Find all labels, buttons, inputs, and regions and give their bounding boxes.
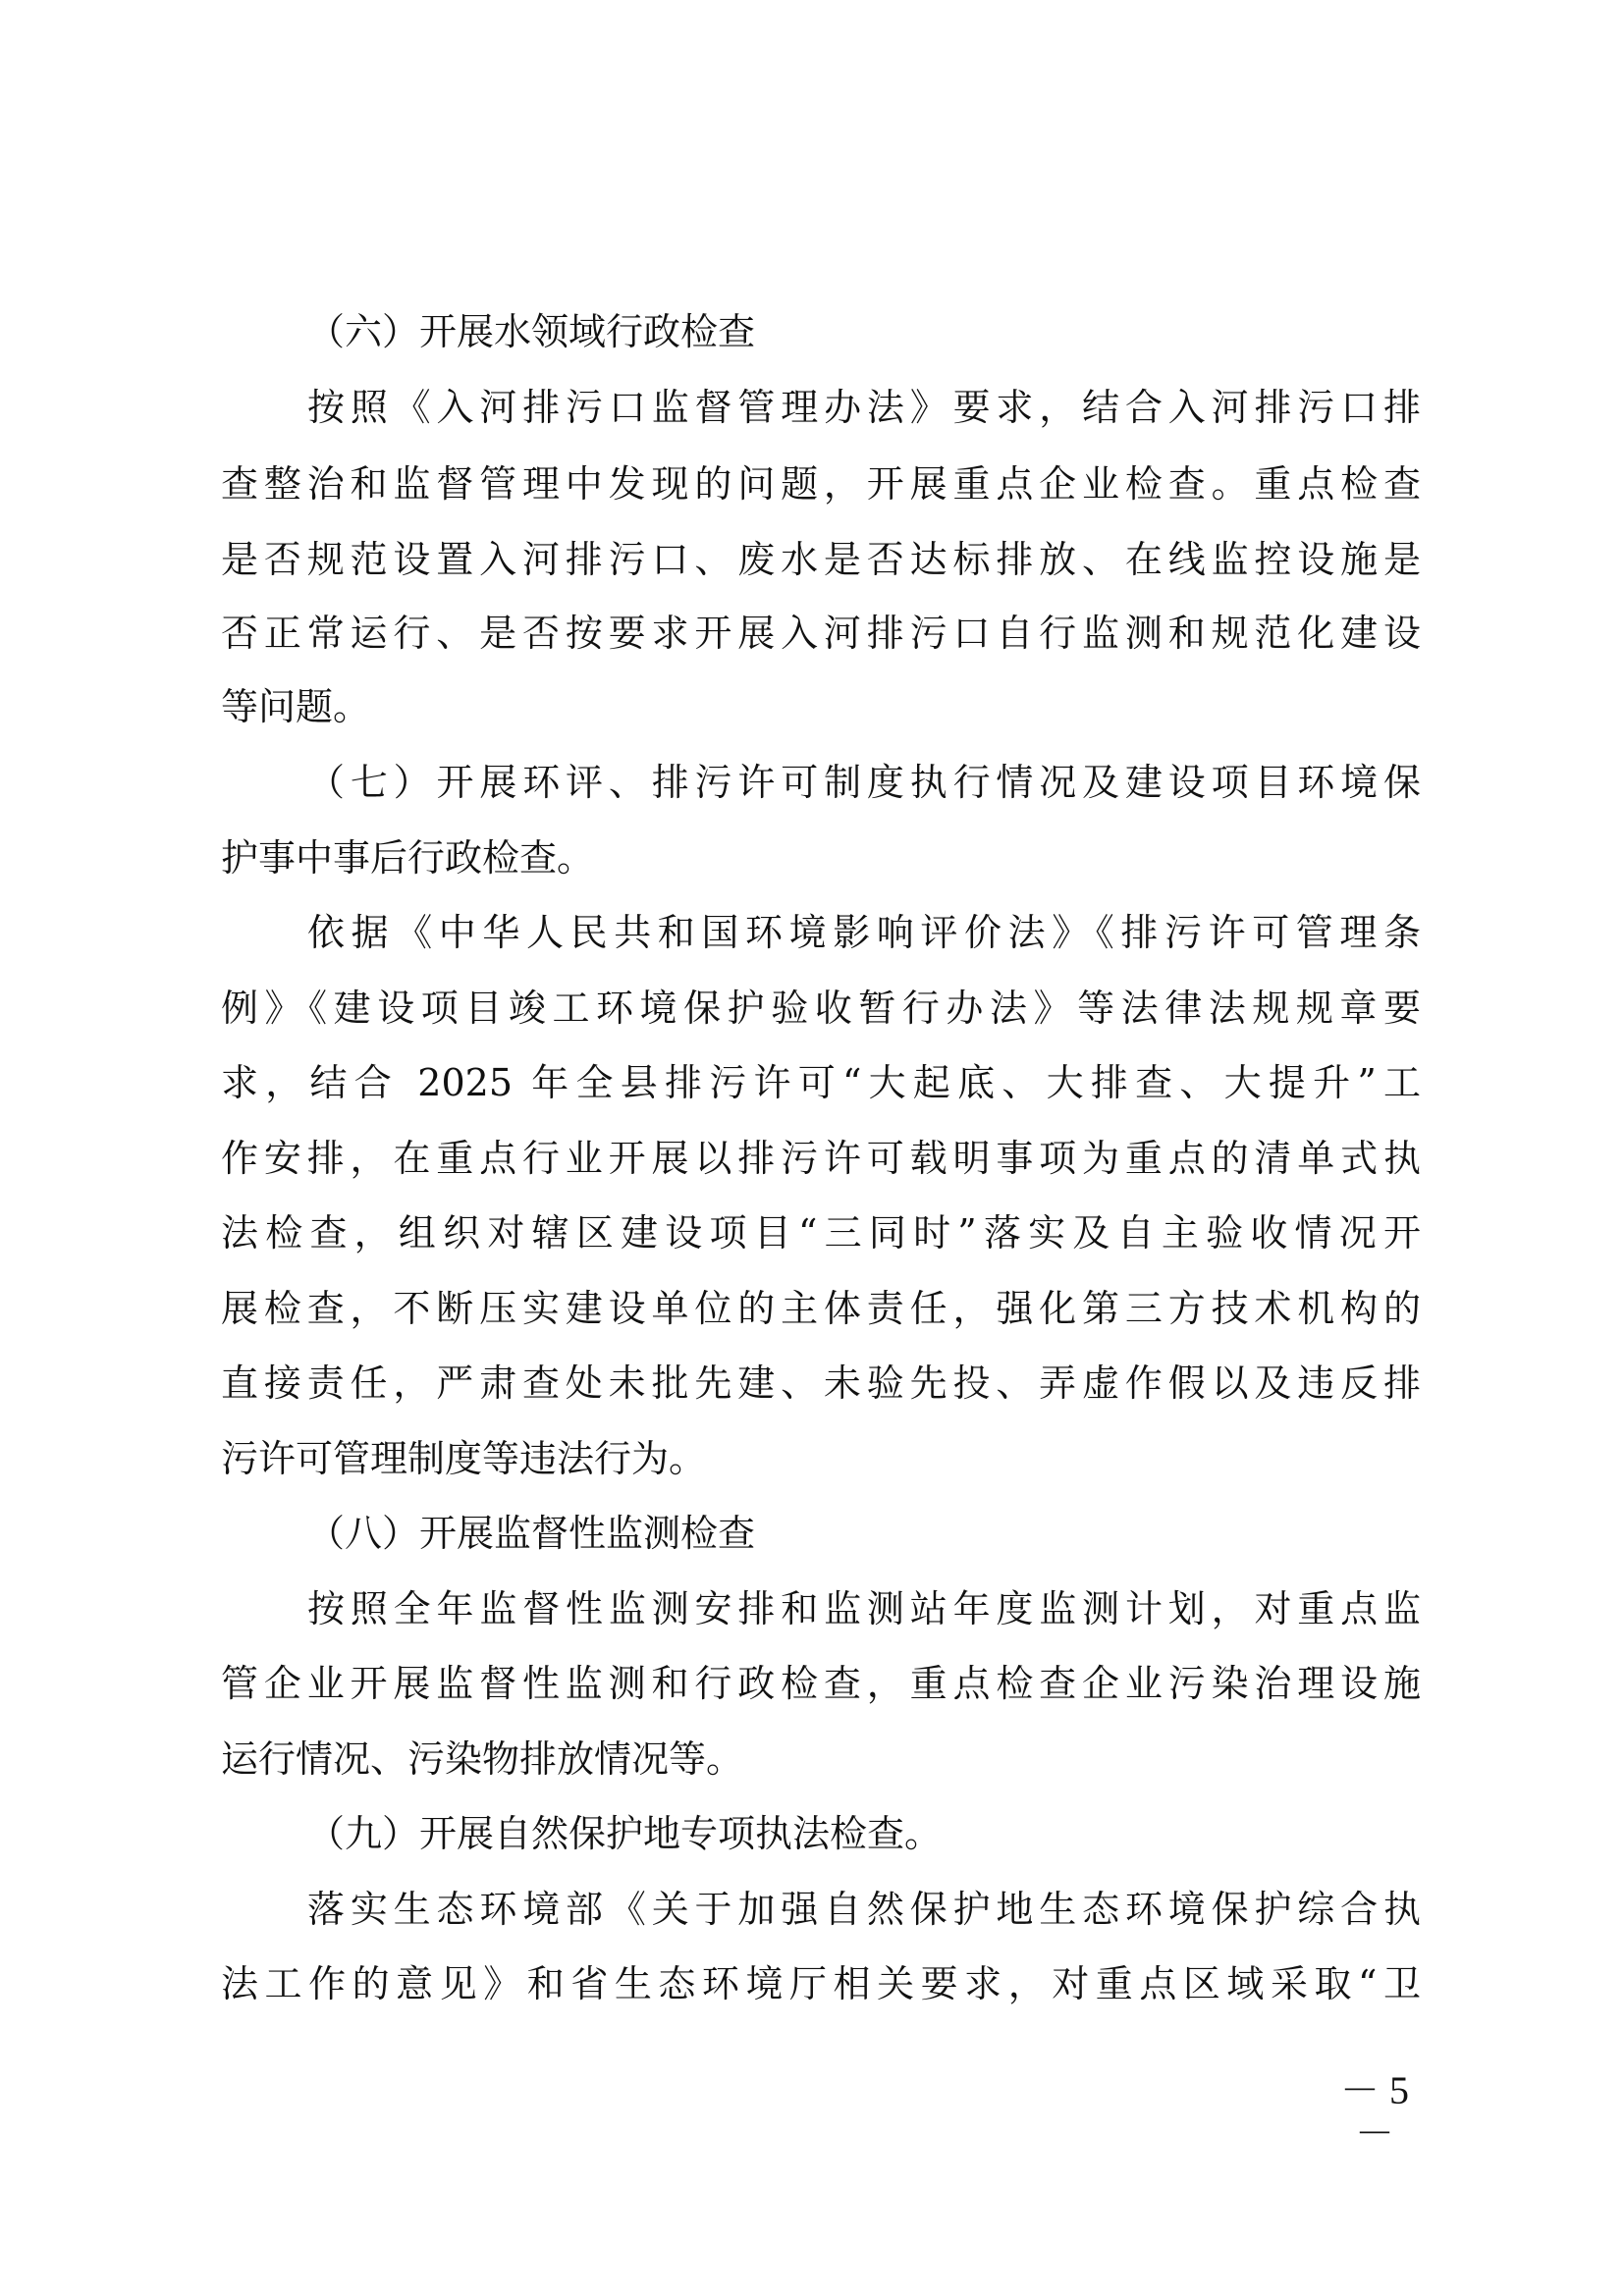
paragraph-line: 例》《建设项目竣工环境保护验收暂行办法》等法律法规规章要 [221,985,1421,1032]
section-heading-7-cont: 护事中事后行政检查。 [221,834,1421,881]
paragraph-line: 是否规范设置入河排污口、废水是否达标排放、在线监控设施是 [221,536,1421,583]
paragraph-line: 等问题。 [221,683,1421,730]
paragraph-line: 落实生态环境部《关于加强自然保护地生态环境保护综合执 [307,1886,1421,1933]
page-number: － 5 － [1326,2069,1424,2112]
paragraph-line: 否正常运行、是否按要求开展入河排污口自行监测和规范化建设 [221,610,1421,657]
section-heading-8: （八）开展监督性监测检查 [307,1510,1507,1557]
paragraph-line: 直接责任，严肃查处未批先建、未验先投、弄虚作假以及违反排 [221,1360,1421,1407]
paragraph-line: 按照全年监督性监测安排和监测站年度监测计划，对重点监 [307,1585,1421,1632]
section-heading-7: （七）开展环评、排污许可制度执行情况及建设项目环境保 [307,759,1421,806]
paragraph-line: 依据《中华人民共和国环境影响评价法》《排污许可管理条 [307,909,1421,956]
paragraph-line: 运行情况、污染物排放情况等。 [221,1735,1421,1783]
paragraph-line: 求，结合 2025 年全县排污许可“大起底、大排查、大提升”工 [221,1059,1421,1106]
paragraph-line: 作安排，在重点行业开展以排污许可载明事项为重点的清单式执 [221,1135,1421,1182]
paragraph-line: 查整治和监督管理中发现的问题，开展重点企业检查。重点检查 [221,460,1421,507]
paragraph-line: 管企业开展监督性监测和行政检查，重点检查企业污染治理设施 [221,1660,1421,1707]
paragraph-line: 污许可管理制度等违法行为。 [221,1435,1421,1482]
paragraph-line: 按照《入河排污口监督管理办法》要求，结合入河排污口排 [307,384,1421,431]
paragraph-line: 法工作的意见》和省生态环境厅相关要求，对重点区域采取“卫 [221,1960,1421,2007]
paragraph-line: 法检查，组织对辖区建设项目“三同时”落实及自主验收情况开 [221,1209,1421,1256]
paragraph-line: 展检查，不断压实建设单位的主体责任，强化第三方技术机构的 [221,1285,1421,1332]
section-heading-9: （九）开展自然保护地专项执法检查。 [307,1810,1507,1857]
section-heading-6: （六）开展水领域行政检查 [307,308,1507,355]
